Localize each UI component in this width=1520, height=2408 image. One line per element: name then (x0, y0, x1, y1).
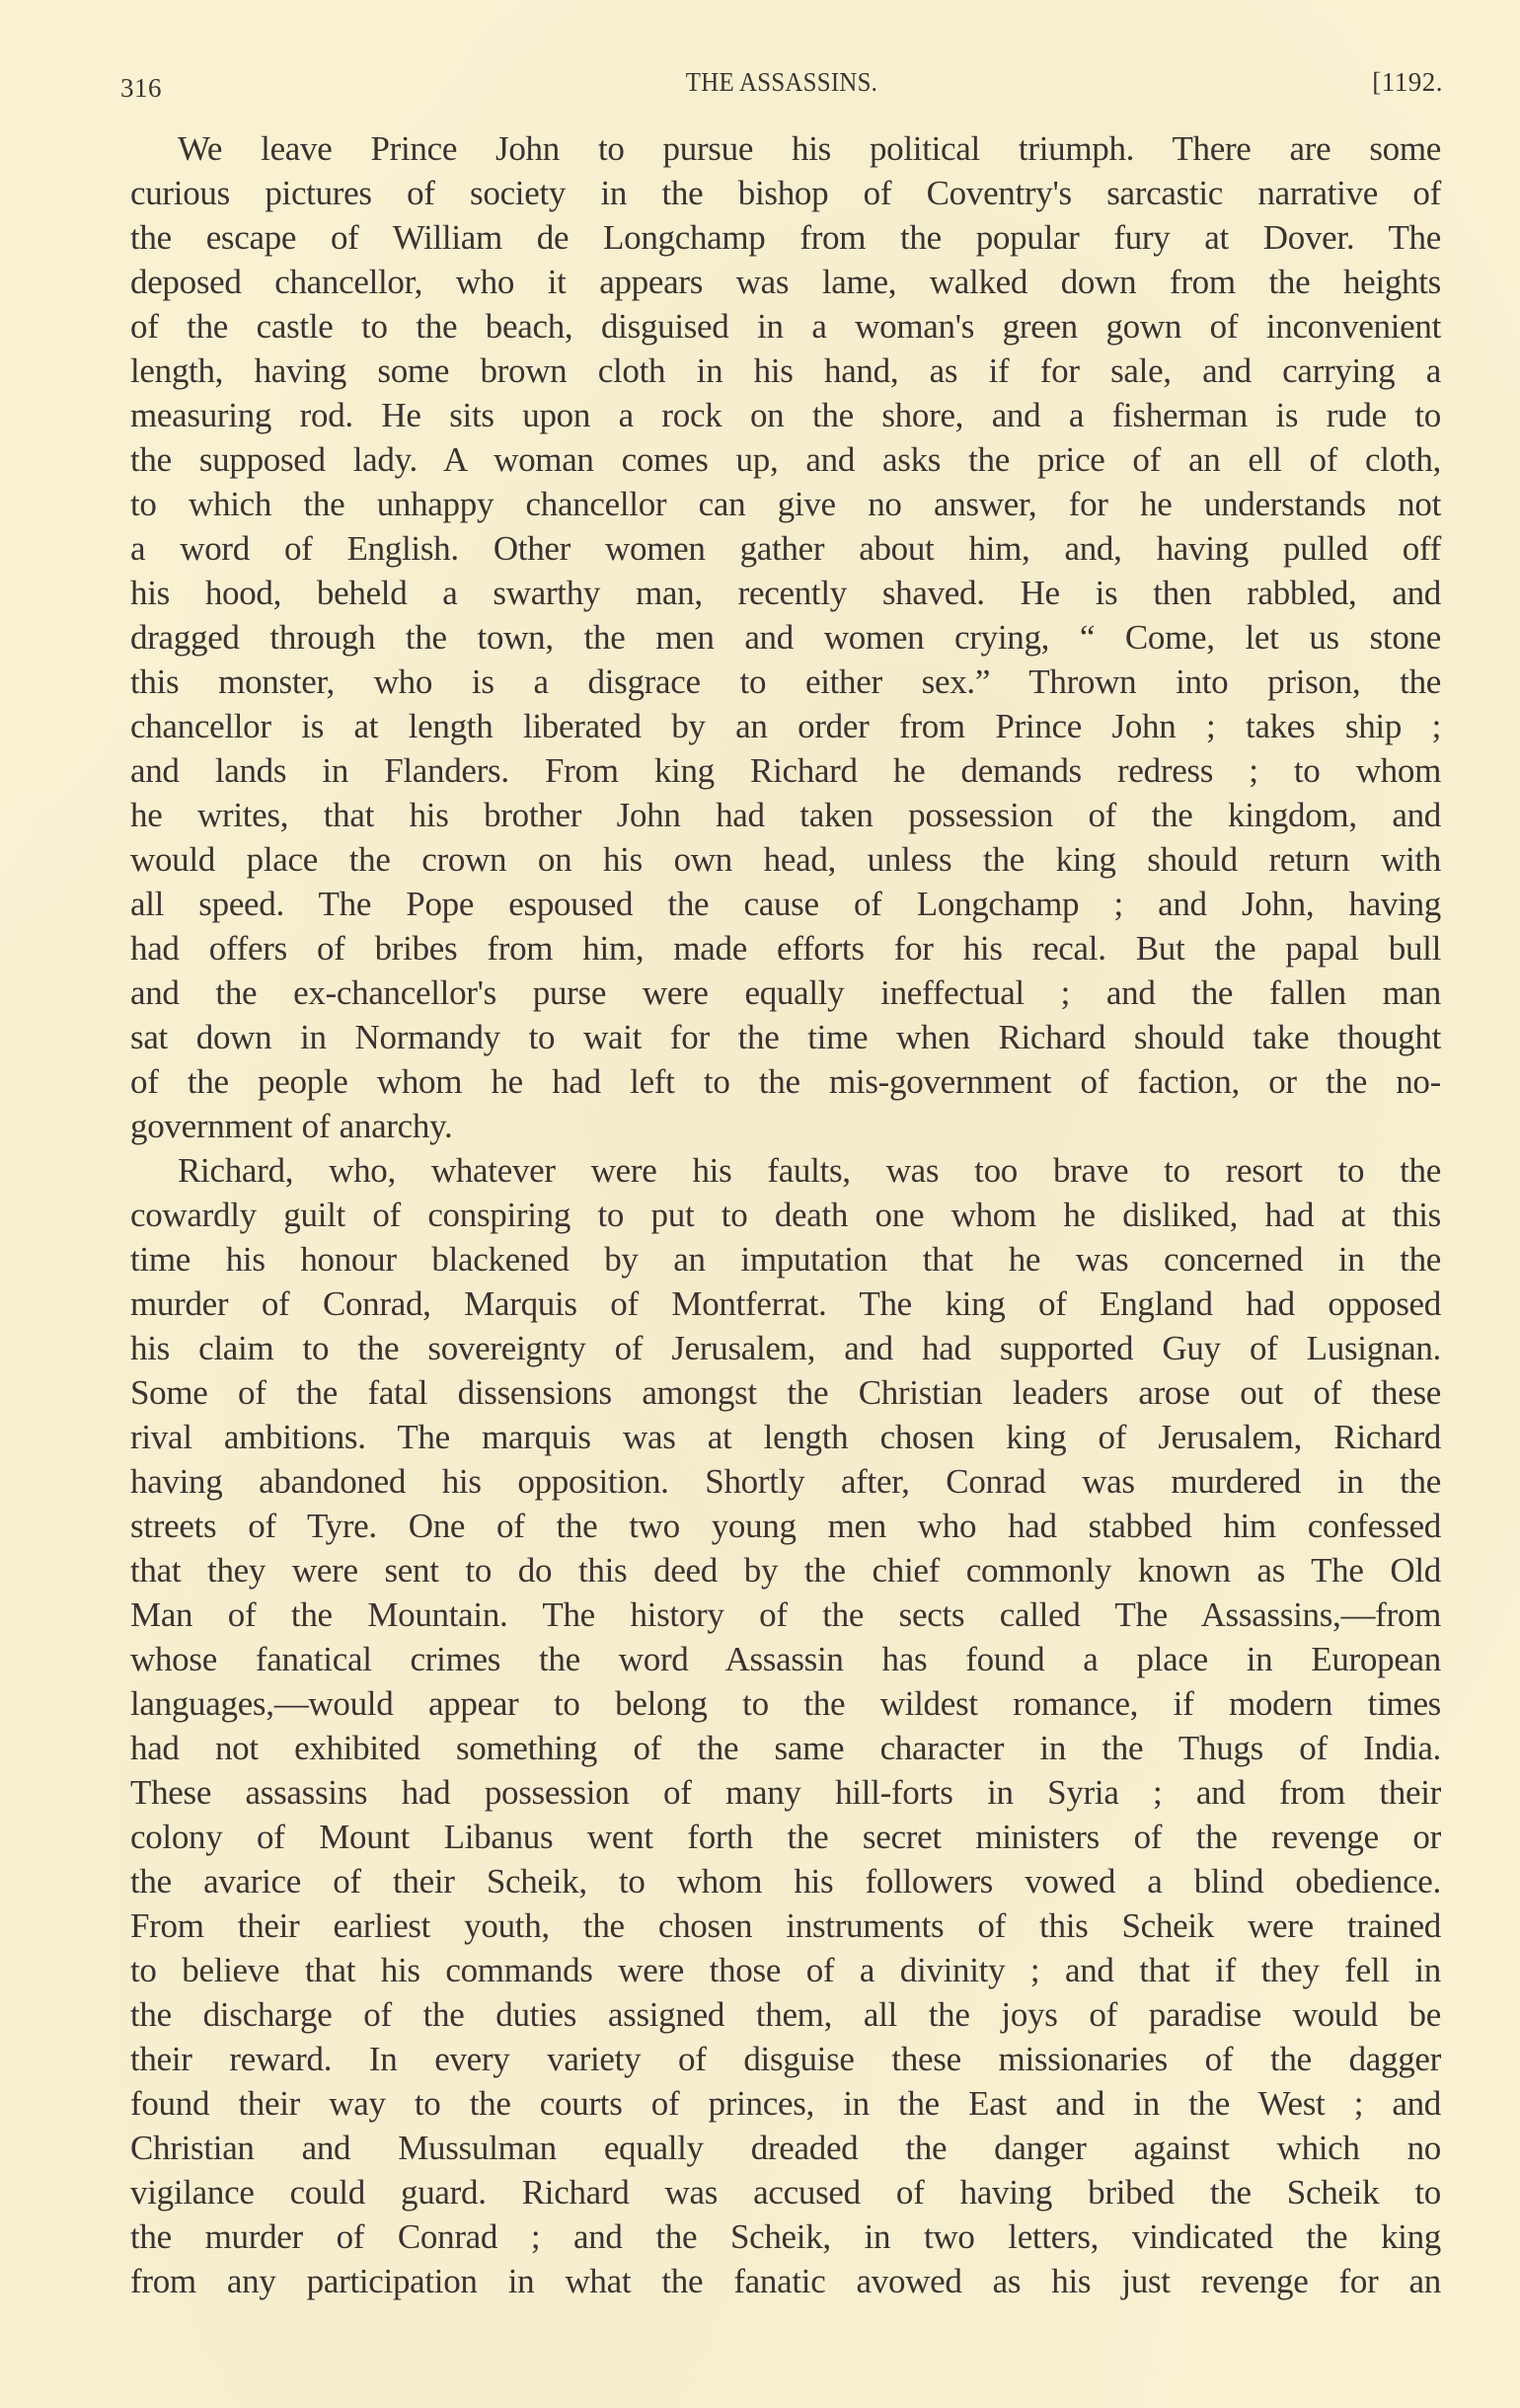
text-line: the discharge of the duties assigned the… (130, 1992, 1441, 2037)
text-line: and the ex-chancellor's purse were equal… (130, 971, 1441, 1015)
text-line: vigilance could guard. Richard was accus… (130, 2170, 1441, 2214)
text-line: time his honour blackened by an imputati… (130, 1237, 1441, 1282)
text-line: Man of the Mountain. The history of the … (130, 1592, 1441, 1637)
text-line: his claim to the sovereignty of Jerusale… (130, 1326, 1441, 1370)
text-line: languages,—would appear to belong to the… (130, 1681, 1441, 1726)
text-line: Richard, who, whatever were his faults, … (130, 1148, 1441, 1193)
year-marker: [1192. (1372, 67, 1443, 98)
text-line: murder of Conrad, Marquis of Montferrat.… (130, 1282, 1441, 1326)
text-line: of the castle to the beach, disguised in… (130, 304, 1441, 349)
text-line: dragged through the town, the men and wo… (130, 615, 1441, 660)
text-line: had not exhibited something of the same … (130, 1726, 1441, 1770)
text-line: cowardly guilt of conspiring to put to d… (130, 1193, 1441, 1237)
text-line: to which the unhappy chancellor can give… (130, 482, 1441, 526)
text-line: would place the crown on his own head, u… (130, 837, 1441, 882)
text-line: Christian and Mussulman equally dreaded … (130, 2126, 1441, 2170)
text-line: chancellor is at length liberated by an … (130, 704, 1441, 748)
text-line: Some of the fatal dissensions amongst th… (130, 1370, 1441, 1415)
text-line: and lands in Flanders. From king Richard… (130, 748, 1441, 793)
text-line: he writes, that his brother John had tak… (130, 793, 1441, 837)
text-line: from any participation in what the fanat… (130, 2259, 1441, 2303)
text-line: that they were sent to do this deed by t… (130, 1548, 1441, 1592)
text-line: measuring rod. He sits upon a rock on th… (130, 393, 1441, 437)
book-page: 316 THE ASSASSINS. [1192. We leave Princ… (0, 0, 1520, 2408)
text-line: sat down in Normandy to wait for the tim… (130, 1015, 1441, 1059)
text-line: the avarice of their Scheik, to whom his… (130, 1859, 1441, 1903)
text-line: his hood, beheld a swarthy man, recently… (130, 571, 1441, 615)
text-line: whose fanatical crimes the word Assassin… (130, 1637, 1441, 1681)
paragraph-1: We leave Prince John to pursue his polit… (130, 126, 1441, 1148)
page-number: 316 (120, 73, 162, 104)
text-line: rival ambitions. The marquis was at leng… (130, 1415, 1441, 1459)
text-line: having abandoned his opposition. Shortly… (130, 1459, 1441, 1504)
running-head: 316 THE ASSASSINS. [1192. (120, 67, 1443, 107)
text-line: streets of Tyre. One of the two young me… (130, 1504, 1441, 1548)
text-line: the murder of Conrad ; and the Scheik, i… (130, 2214, 1441, 2259)
text-line: found their way to the courts of princes… (130, 2081, 1441, 2126)
text-line: this monster, who is a disgrace to eithe… (130, 660, 1441, 704)
paragraph-2: Richard, who, whatever were his faults, … (130, 1148, 1441, 2303)
text-line: curious pictures of society in the bisho… (130, 171, 1441, 215)
body-text: We leave Prince John to pursue his polit… (130, 126, 1441, 2303)
text-line: From their earliest youth, the chosen in… (130, 1903, 1441, 1948)
text-line: the escape of William de Longchamp from … (130, 215, 1441, 260)
text-line: length, having some brown cloth in his h… (130, 349, 1441, 393)
text-line: to believe that his commands were those … (130, 1948, 1441, 1992)
text-line: had offers of bribes from him, made effo… (130, 926, 1441, 971)
text-line: colony of Mount Libanus went forth the s… (130, 1815, 1441, 1859)
text-line: the supposed lady. A woman comes up, and… (130, 437, 1441, 482)
chapter-title: THE ASSASSINS. (174, 67, 1391, 98)
text-line: all speed. The Pope espoused the cause o… (130, 882, 1441, 926)
text-line: deposed chancellor, who it appears was l… (130, 260, 1441, 304)
text-line: government of anarchy. (130, 1104, 1441, 1148)
text-line: a word of English. Other women gather ab… (130, 526, 1441, 571)
text-line: of the people whom he had left to the mi… (130, 1059, 1441, 1104)
text-line: We leave Prince John to pursue his polit… (130, 126, 1441, 171)
text-line: These assassins had possession of many h… (130, 1770, 1441, 1815)
text-line: their reward. In every variety of disgui… (130, 2037, 1441, 2081)
